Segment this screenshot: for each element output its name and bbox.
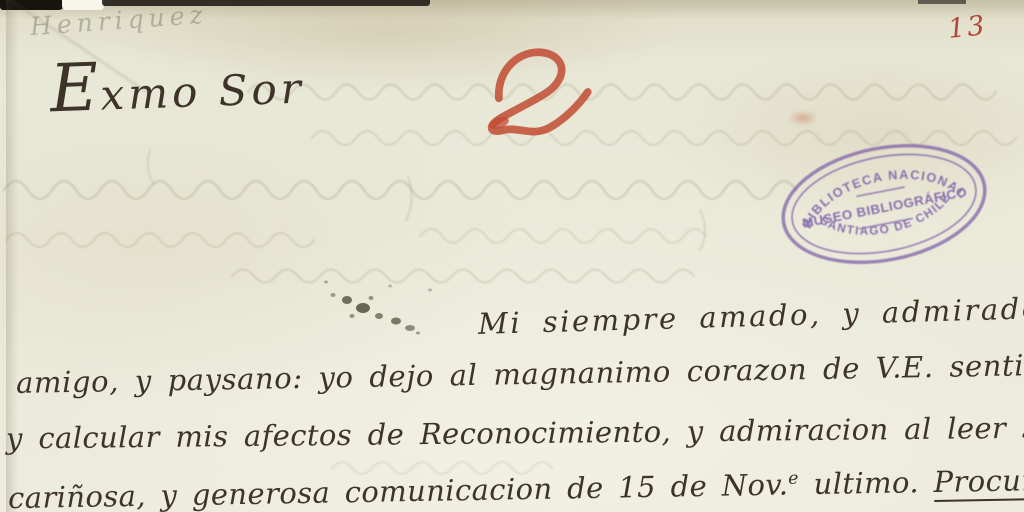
manuscript-page: BIBLIOTECA NACIONAL MUSEO BIBLIOGRÁFICO … xyxy=(0,0,1024,512)
superscript-e: e xyxy=(788,469,799,489)
red-page-numeral xyxy=(472,40,596,144)
body-line-4-text: ultimo. xyxy=(799,465,934,501)
underlined-word: Procuré xyxy=(933,463,1024,502)
folio-number: 13 xyxy=(946,10,987,45)
salutation: Exmo Sor xyxy=(49,42,306,128)
